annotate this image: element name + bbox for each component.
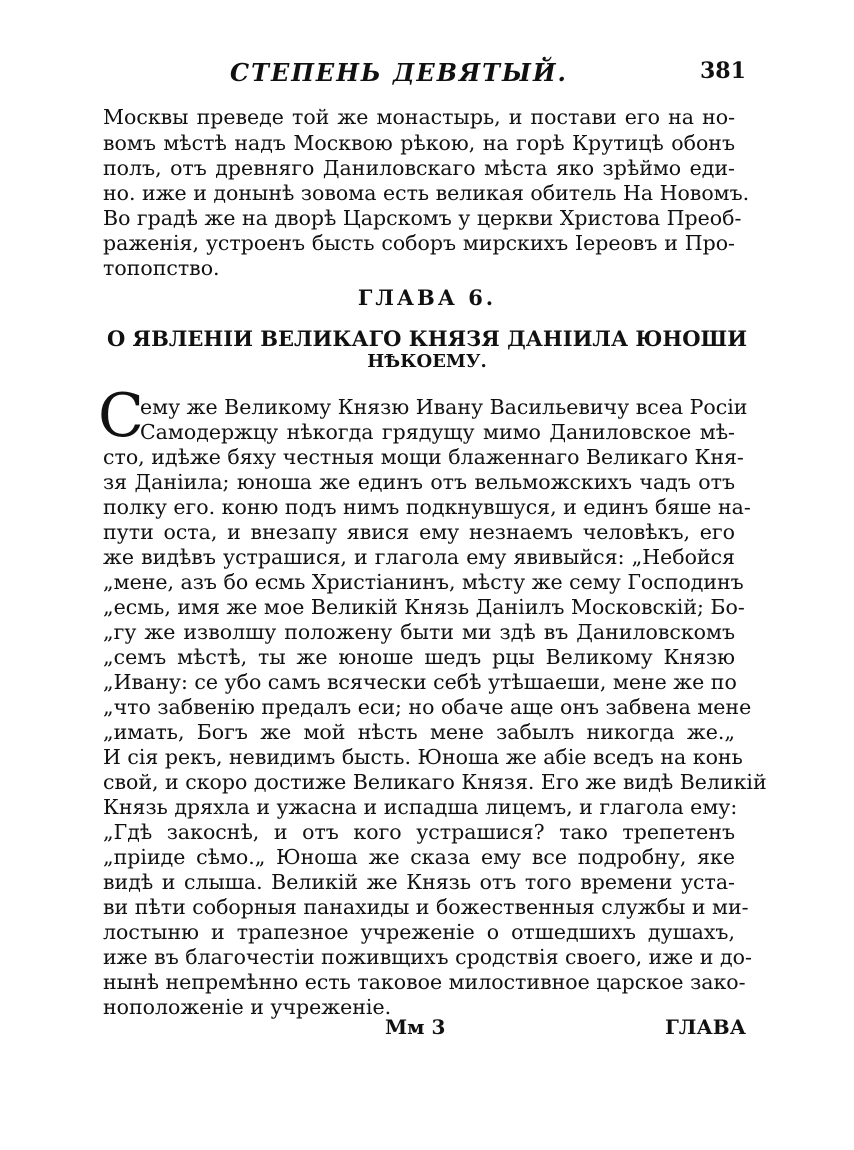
- text-line: ему же Великому Князю Ивану Васильевичу …: [140, 394, 735, 420]
- text-line: сто, идѣже бяху честныя мощи блаженнаго …: [103, 444, 735, 470]
- text-line: лостыню и трапезное учреженiе о отшедших…: [103, 919, 735, 945]
- text-line: Во градѣ же на дворѣ Царскомъ у церкви Х…: [103, 205, 735, 231]
- text-line: „имать, Богъ же мой нѣсть мене забылъ ни…: [103, 719, 735, 745]
- text-line: но. иже и донынѣ зовома есть великая оби…: [103, 180, 735, 206]
- text-line: Князь дряхла и ужасна и испадша лицемъ, …: [103, 794, 735, 820]
- page-number: 381: [700, 58, 746, 84]
- book-page: СТЕПЕНЬ ДЕВЯТЫЙ. 381 Москвы преведе той …: [0, 0, 854, 1150]
- text-line: Самодержцу нѣкогда грядущу мимо Даниловс…: [140, 419, 735, 445]
- text-line: ви пѣти соборныя панахиды и божественныя…: [103, 894, 735, 920]
- text-line: „Гдѣ закоснѣ, и отъ кого устрашися? тако…: [103, 819, 735, 845]
- text-line: нынѣ непремѣнно есть таковое милостивное…: [103, 969, 735, 995]
- text-line: И сiя рекъ, невидимъ бысть. Юноша же абi…: [103, 744, 735, 770]
- text-line: же видѣвъ устрашися, и глагола ему явивы…: [103, 544, 735, 570]
- text-line: „гу же изволшу положену быти ми здѣ въ Д…: [103, 619, 735, 645]
- text-line: „мене, азъ бо есмь Христiанинъ, мѣсту же…: [103, 569, 735, 595]
- chapter-heading-line2: НѢКОЕМУ.: [0, 351, 854, 372]
- text-line: пути оста, и внезапу явися ему незнаемъ …: [103, 519, 735, 545]
- text-line: „что забвенiю предалъ еси; но обаче аще …: [103, 694, 735, 720]
- signature-mark: Мм 3: [385, 1015, 445, 1039]
- text-line: иже въ благочестiи поживщихъ сродствiя с…: [103, 944, 735, 970]
- text-line: „Ивану: се убо самъ всячески себѣ утѣшае…: [103, 669, 735, 695]
- text-line: видѣ и слыша. Великiй же Князь отъ того …: [103, 869, 735, 895]
- running-head: СТЕПЕНЬ ДЕВЯТЫЙ.: [230, 58, 568, 87]
- text-line: полку его. коню подъ нимъ подкнувшуся, и…: [103, 494, 735, 520]
- text-line: раженія, устроенъ бысть соборъ мирскихъ …: [103, 230, 735, 256]
- text-line: вомъ мѣстѣ надъ Москвою рѣкою, на горѣ К…: [103, 130, 735, 156]
- drop-capital: С: [98, 386, 144, 446]
- text-line: топопство.: [103, 255, 735, 281]
- text-line: „прiиде сѣмо.„ Юноша же сказа ему все по…: [103, 844, 735, 870]
- chapter-title: ГЛАВА 6.: [0, 285, 854, 310]
- text-line: свой, и скоро достиже Великаго Князя. Ег…: [103, 769, 735, 795]
- text-line: зя Данiила; юноша же единъ отъ вельможск…: [103, 469, 735, 495]
- chapter-heading: О ЯВЛЕНIИ ВЕЛИКАГО КНЯЗЯ ДАНIИЛА ЮНОШИ: [0, 326, 854, 351]
- text-line: Москвы преведе той же монастырь, и поста…: [103, 104, 735, 130]
- catchword: ГЛАВА: [665, 1015, 746, 1039]
- text-line: „семъ мѣстѣ, ты же юноше шедъ рцы Велико…: [103, 644, 735, 670]
- text-line: полъ, отъ древняго Даниловскаго мѣста як…: [103, 155, 735, 181]
- text-line: „есмь, имя же мое Великiй Князь Данiилъ …: [103, 594, 735, 620]
